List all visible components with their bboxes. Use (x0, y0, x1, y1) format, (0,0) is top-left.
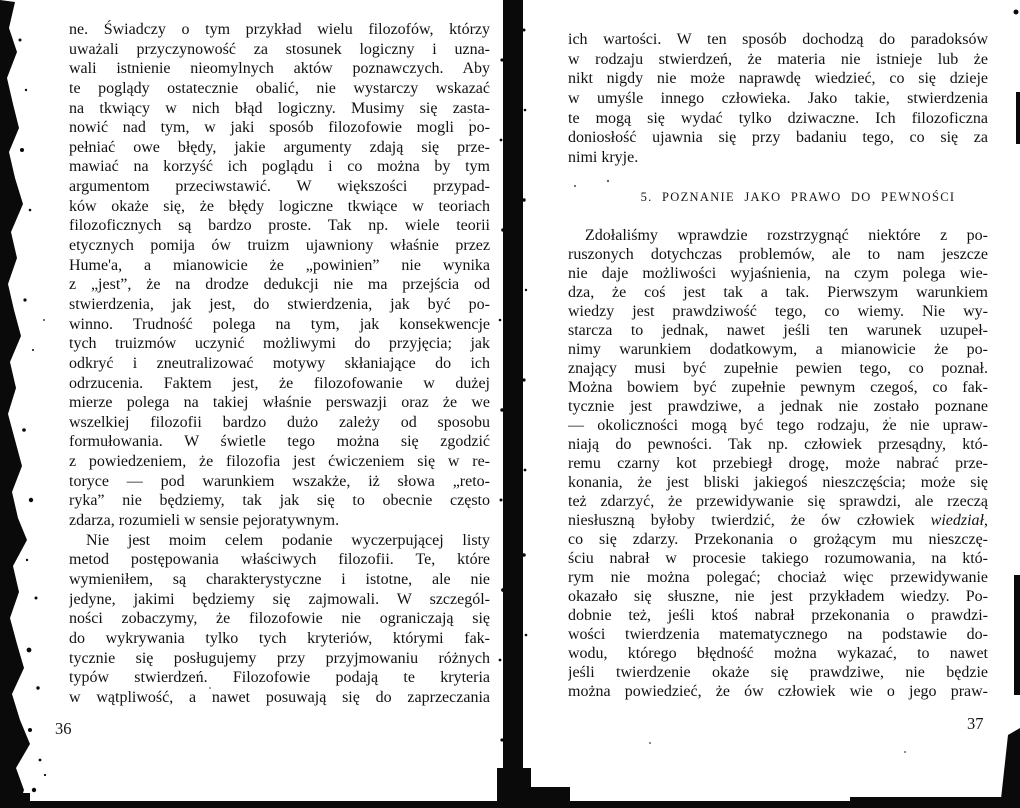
text-line: Nie jest moim celem podanie wyczerpujące… (69, 531, 490, 551)
book-scan: ne. Świadczy o tym przykład wielu filozo… (0, 0, 1020, 808)
text-line: ności zobaczymy, że filozofowie nie ogra… (69, 609, 490, 629)
text-line: ne. Świadczy o tym przykład wielu filozo… (69, 20, 490, 40)
text-line: z „jest”, że na drodze dedukcji nie ma p… (69, 275, 490, 295)
text-line: tycznie się posługujemy przy przyjmowani… (69, 649, 490, 669)
text-line: do wykrywania tylko tych kryteriów, któr… (69, 629, 490, 649)
text-line: odkryć i zneutralizować motywy skłaniają… (69, 354, 490, 374)
text-line: stwierdzenia, jak jest, do stwierdzenia,… (69, 295, 490, 315)
text-line: Hume'a, a mianowicie że „powinien” nie w… (69, 256, 490, 276)
text-line: na tkwiący w nich błąd logiczny. Musimy … (69, 99, 490, 119)
text-line: niają do pewności. Tak np. człowiek prze… (568, 435, 988, 454)
text-line: ściu nabrał w procesie takiego rozumowan… (568, 549, 988, 568)
text-line: — okoliczności mogą być tego rodzaju, że… (568, 416, 988, 435)
text-line: tych truizmów uczynić możliwymi do przyj… (69, 334, 490, 354)
text-line: zdarza, rozumieli w sensie pejoratywnym. (69, 511, 490, 531)
text-line: formułowania. W świetle tego można się z… (69, 432, 490, 452)
text-line: te mogą się wydać tylko dziwaczne. Ich f… (568, 109, 988, 129)
text-line: rym nie można polegać; chociaż więc prze… (568, 568, 988, 587)
text-line: uważali przyczynowość za stosunek logicz… (69, 40, 490, 60)
text-line: ryka” nie będziemy, tak jak się to obecn… (69, 491, 490, 511)
gutter-band (503, 0, 523, 808)
text-line: wymieniłem, są charakterystyczne i istot… (69, 570, 490, 590)
text-line: wości twierdzenia matematycznego na pods… (568, 625, 988, 644)
text-line: pełniać owe błędy, jakie argumenty zdają… (69, 138, 490, 158)
text-line: wszelkiej filozofii bardzo dużo zależy o… (69, 413, 490, 433)
text-line: starcza to jednak, nawet jeśli ten warun… (568, 321, 988, 340)
text-line: filozoficznych są bardzo proste. Tak np.… (69, 216, 490, 236)
paragraph: ne. Świadczy o tym przykład wielu filozo… (69, 20, 490, 531)
text-line: te poglądy ostatecznie obalić, nie wysta… (69, 79, 490, 99)
bottom-scan-edge (0, 801, 1020, 808)
text-line: Można bowiem być zupełnie pewnym czegoś,… (568, 378, 988, 397)
text-line: można powiedzieć, że ów człowiek wie o j… (568, 682, 988, 701)
right-page-text-top: ich wartości. W ten sposób dochodzą do p… (568, 30, 988, 168)
text-line: dobnie też, jeśli ktoś nabrał przekonani… (568, 606, 988, 625)
text-line: mierze polega na takiej właśnie perswazj… (69, 393, 490, 413)
text-line: Zdołaliśmy wprawdzie rozstrzygnąć niektó… (568, 226, 988, 245)
left-scan-edge (0, 0, 30, 808)
text-line: wiedzy jest prawdziwość tego, co wiemy. … (568, 302, 988, 321)
text-line: okazało się słuszne, nie jest przykładem… (568, 587, 988, 606)
text-line: toryce — pod warunkiem wszakże, iż słowa… (69, 472, 490, 492)
paragraph: ich wartości. W ten sposób dochodzą do p… (568, 30, 988, 168)
text-line: wodu, którego błędność można wykazać, to… (568, 644, 988, 663)
text-line: typów stwierdzeń. Filozofowie podają te … (69, 668, 490, 688)
right-page-text-bottom: Zdołaliśmy wprawdzie rozstrzygnąć niektó… (568, 226, 988, 701)
text-line: remu czarny kot przebiegł drogę, może na… (568, 454, 988, 473)
text-line: nimy warunkiem dodatkowym, a mianowicie … (568, 340, 988, 359)
text-line: etycznych pomija ów truizm ujawniony wła… (69, 236, 490, 256)
text-line: wali istnienie nieomylnych aktów poznawc… (69, 59, 490, 79)
paragraph: Nie jest moim celem podanie wyczerpujące… (69, 531, 490, 708)
text-line: ków okaże się, że błędy logiczne tkwiące… (69, 197, 490, 217)
text-line: w wątpliwość, a nawet posuwają się do za… (69, 688, 490, 708)
text-line: odrzucenia. Faktem jest, że filozofowani… (69, 374, 490, 394)
right-page-number: 37 (967, 714, 984, 734)
text-line: nimi kryje. (568, 148, 988, 168)
right-scan-edge (1016, 92, 1020, 144)
left-page-number: 36 (55, 719, 72, 739)
text-line: jedyne, jakimi będziemy się zajmowali. W… (69, 590, 490, 610)
text-line: konania, że jest bliski jakiegoś nieszcz… (568, 473, 988, 492)
text-line: argumentom przeciwstawić. W większości p… (69, 177, 490, 197)
text-line: z powiedzeniem, że filozofia jest ćwicze… (69, 452, 490, 472)
text-line: znający musi być zupełnie pewien tego, c… (568, 359, 988, 378)
text-line: nowić nad tym, w jaki sposób filozofowie… (69, 118, 490, 138)
text-line: dza, że coś jest tak a tak. Pierwszym wa… (568, 283, 988, 302)
text-line: ich wartości. W ten sposób dochodzą do p… (568, 30, 988, 50)
text-line: co się zdarzy. Przekonania o grożącym mu… (568, 530, 988, 549)
text-line: tycznie jest prawdziwe, a jednak nie zos… (568, 397, 988, 416)
text-line: nikt nigdy nie może naprawdę wiedzieć, c… (568, 69, 988, 89)
text-line: niesłuszną byłoby twierdzić, że ów człow… (568, 511, 988, 530)
text-line: w umyśle innego człowieka. Jako takie, s… (568, 89, 988, 109)
text-line: też zdarzyć, że przewidywanie się sprawd… (568, 492, 988, 511)
left-page-text: ne. Świadczy o tym przykład wielu filozo… (69, 20, 490, 707)
text-line: w rodzaju stwierdzeń, że materia nie ist… (568, 50, 988, 70)
paragraph: Zdołaliśmy wprawdzie rozstrzygnąć niektó… (568, 226, 988, 701)
text-line: ruszonych dotychczas problemów, ale to n… (568, 245, 988, 264)
text-line: winno. Trudność polega na tym, jak konse… (69, 315, 490, 335)
text-line: doniosłość ujawnia się przy badaniu tego… (568, 128, 988, 148)
text-line: nie daje możliwości wyjaśnienia, na czym… (568, 264, 988, 283)
section-heading: 5. POZNANIE JAKO PRAWO DO PEWNOŚCI (588, 190, 1008, 205)
text-line: jeśli twierdzenie okaże się prawdziwe, n… (568, 663, 988, 682)
text-line: mawiać na korzyść ich poglądu i co można… (69, 157, 490, 177)
text-line: metod postępowania właściwych filozofii.… (69, 550, 490, 570)
